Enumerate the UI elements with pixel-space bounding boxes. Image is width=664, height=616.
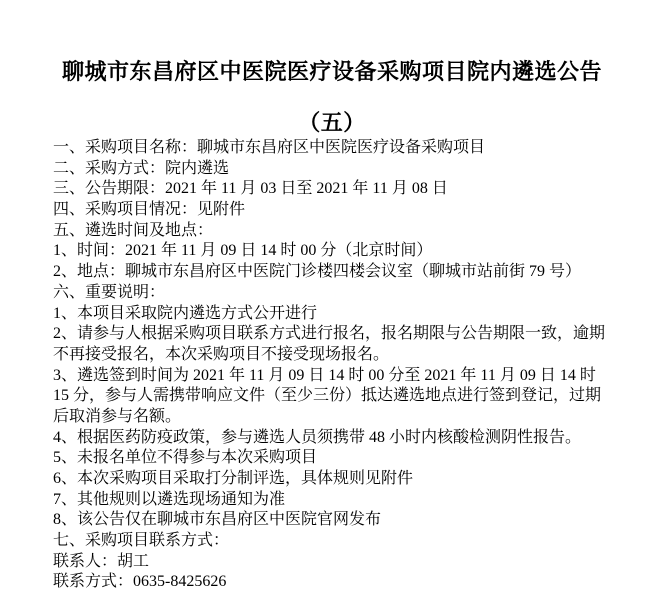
body-line: 二、采购方式：院内遴选 [53, 159, 628, 180]
body-line: 后取消参与名额。 [53, 407, 628, 428]
body-line: 6、本次采购项目采取打分制评选，具体规则见附件 [53, 469, 628, 490]
body-line: 六、重要说明： [53, 283, 628, 304]
body-line: 15 分，参与人需携带响应文件（至少三份）抵达遴选地点进行签到登记，过期 [53, 386, 628, 407]
body-line: 7、其他规则以遴选现场通知为准 [53, 490, 628, 511]
body-line: 不再接受报名，本次采购项目不接受现场报名。 [53, 345, 628, 366]
body-line: 2、地点：聊城市东昌府区中医院门诊楼四楼会议室（聊城市站前街 79 号） [53, 262, 628, 283]
body-line: 4、根据医药防疫政策，参与遴选人员须携带 48 小时内核酸检测阴性报告。 [53, 428, 628, 449]
body-line: 七、采购项目联系方式： [53, 531, 628, 552]
announcement-title-number: （五） [0, 110, 664, 136]
body-line: 1、时间：2021 年 11 月 09 日 14 时 00 分（北京时间） [53, 241, 628, 262]
body-line: 2、请参与人根据采购项目联系方式进行报名，报名期限与公告期限一致，逾期 [53, 324, 628, 345]
body-line: 联系人：胡工 [53, 552, 628, 573]
announcement-body: 一、采购项目名称：聊城市东昌府区中医院医疗设备采购项目 二、采购方式：院内遴选 … [53, 138, 628, 593]
body-line: 三、公告期限：2021 年 11 月 03 日至 2021 年 11 月 08 … [53, 179, 628, 200]
announcement-title: 聊城市东昌府区中医院医疗设备采购项目院内遴选公告 [0, 59, 664, 85]
body-line: 5、未报名单位不得参与本次采购项目 [53, 448, 628, 469]
body-line: 一、采购项目名称：聊城市东昌府区中医院医疗设备采购项目 [53, 138, 628, 159]
body-line: 8、该公告仅在聊城市东昌府区中医院官网发布 [53, 510, 628, 531]
body-line: 四、采购项目情况：见附件 [53, 200, 628, 221]
body-line: 联系方式：0635-8425626 [53, 572, 628, 593]
body-line: 3、遴选签到时间为 2021 年 11 月 09 日 14 时 00 分至 20… [53, 366, 628, 387]
announcement-document: 聊城市东昌府区中医院医疗设备采购项目院内遴选公告 （五） 一、采购项目名称：聊城… [0, 0, 664, 616]
body-line: 1、本项目采取院内遴选方式公开进行 [53, 304, 628, 325]
body-line: 五、遴选时间及地点： [53, 221, 628, 242]
